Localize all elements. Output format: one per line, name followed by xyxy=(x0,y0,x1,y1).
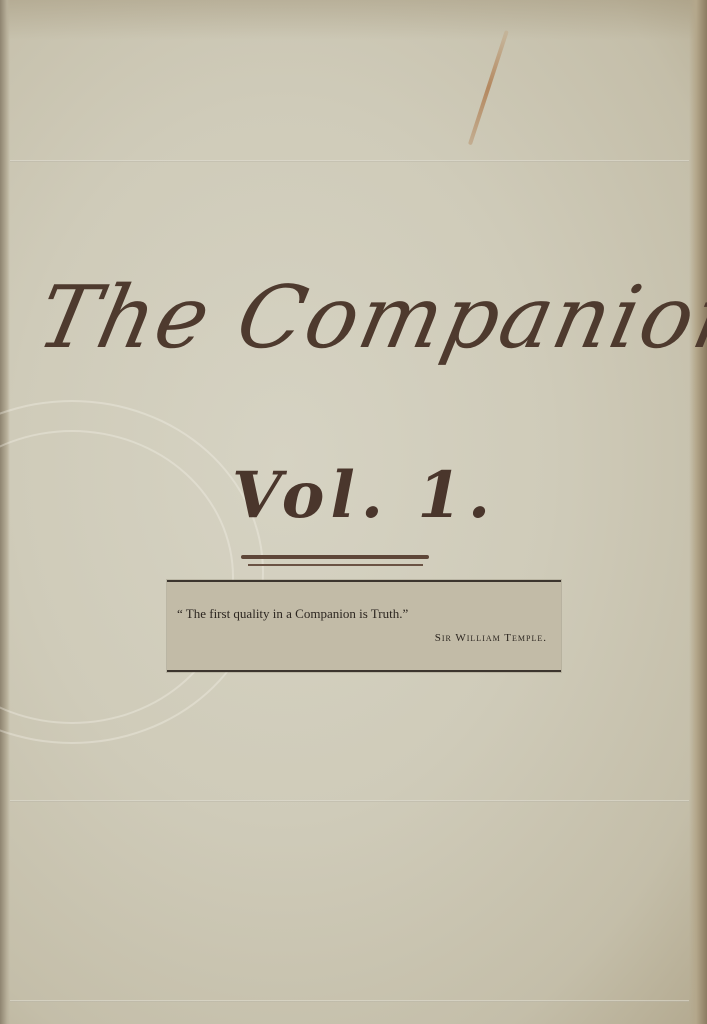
title-page: The Companion Vol. 1. “ The first qualit… xyxy=(0,0,707,1024)
printed-quote-label: “ The first quality in a Companion is Tr… xyxy=(167,580,561,672)
quote-attribution: Sir William Temple. xyxy=(435,632,547,644)
page-edge xyxy=(689,0,707,1024)
quote-text: “ The first quality in a Companion is Tr… xyxy=(177,606,408,622)
top-shading xyxy=(0,0,707,40)
volume-underline-thin xyxy=(248,564,423,566)
handwritten-volume: Vol. 1. xyxy=(232,458,496,533)
handwritten-title: The Companion xyxy=(29,268,707,368)
ink-stain xyxy=(468,30,509,145)
volume-underline xyxy=(241,555,429,559)
paper-fold-line xyxy=(10,1000,689,1002)
paper-fold-line xyxy=(10,160,689,162)
paper-fold-line xyxy=(10,800,689,802)
